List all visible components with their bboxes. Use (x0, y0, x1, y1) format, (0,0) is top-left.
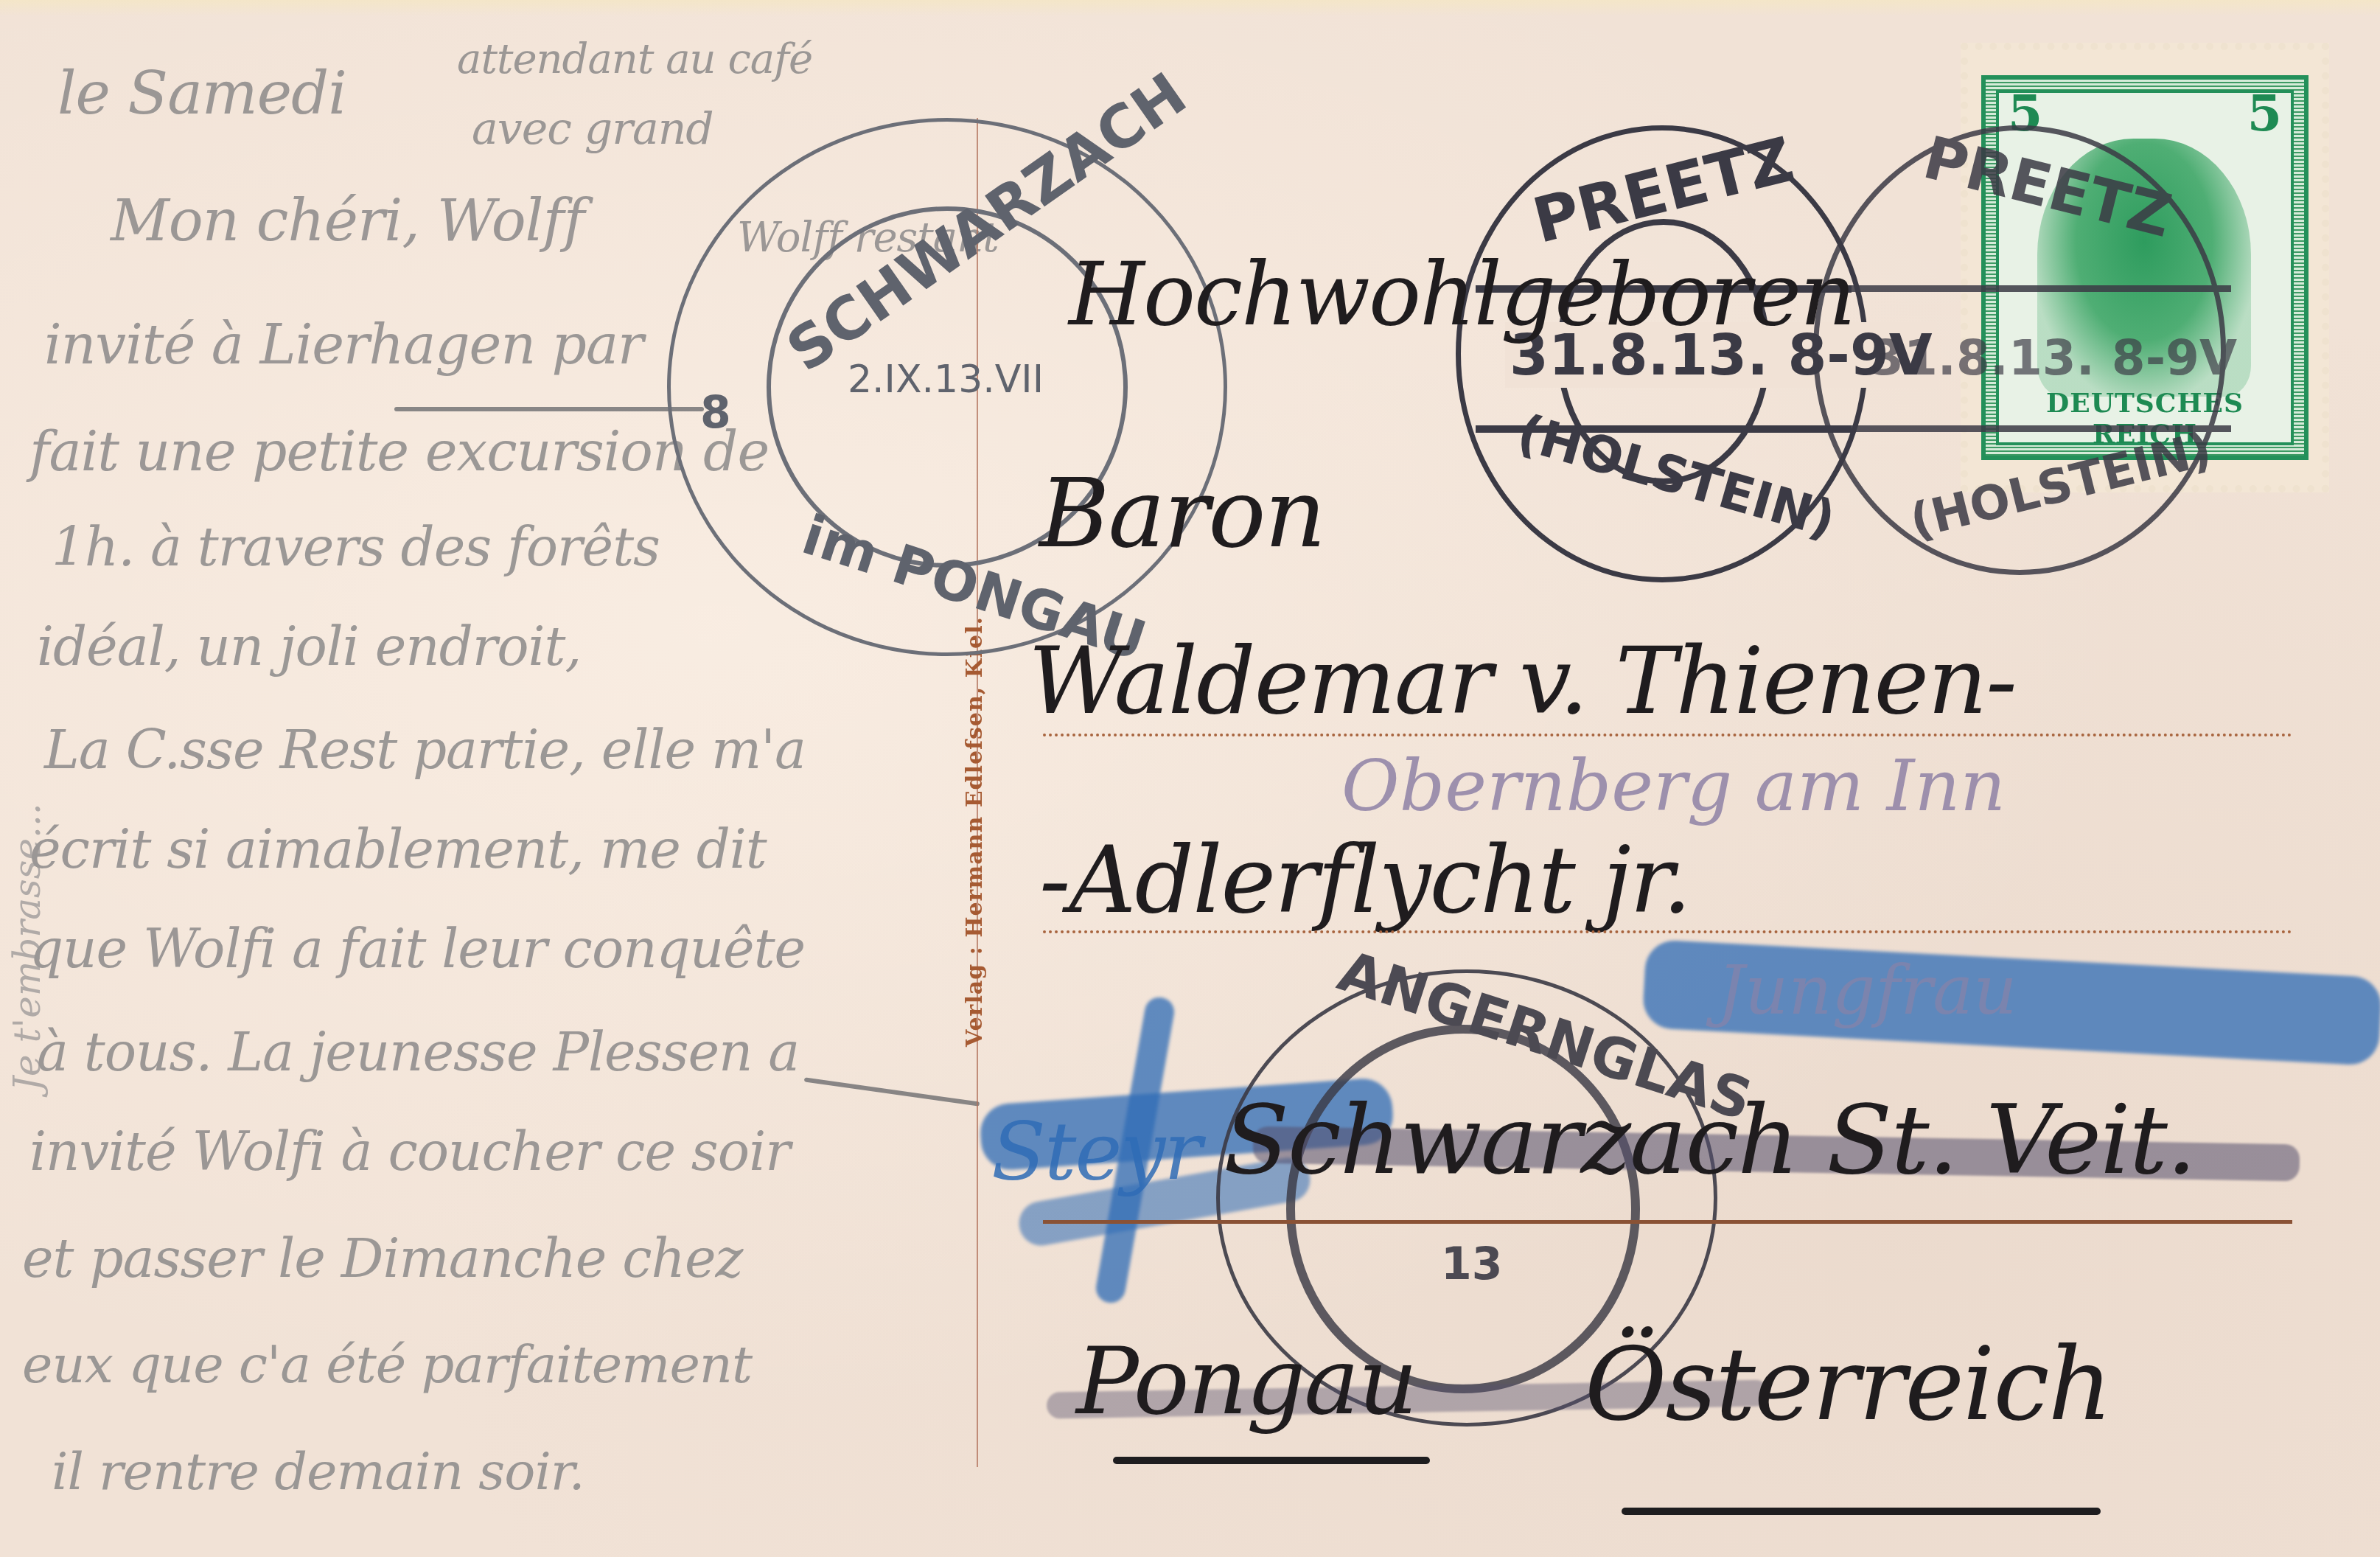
message-line: eux que c'a été parfaitement (22, 1334, 752, 1395)
message-line: Mon chéri, Wolff (111, 188, 584, 254)
message-line: idéal, un joli endroit, (37, 616, 581, 678)
address-title: Baron (1039, 457, 1325, 569)
postmark-preetz-on-stamp: PREETZ (HOLSTEIN) 31.8.13. 8-9V (1813, 125, 2226, 575)
message-line: invité Wolfi à coucher ce soir (29, 1121, 790, 1182)
address-district: Pongau (1076, 1327, 1417, 1435)
address-name-continued: -Adlerflycht jr. (1039, 826, 1690, 934)
postmark-date: 31.8.13. 8-9V (1870, 330, 2237, 386)
message-line: invité à Lierhagen par (44, 313, 643, 377)
message-insert: attendant au café (457, 35, 812, 83)
country-underline (1622, 1508, 2101, 1515)
district-underline (1113, 1457, 1430, 1464)
postcard: le Samedi attendant au café avec grand M… (0, 0, 2380, 1557)
message-line: 1h. à travers des forêts (52, 516, 660, 578)
address-line-3 (1043, 1220, 2292, 1224)
address-salutation: Hochwohlgeboren (1069, 243, 1854, 345)
message-line: le Samedi (57, 59, 346, 128)
pencil-stroke (804, 1077, 980, 1106)
struck-address-blue: Steyr (991, 1106, 1201, 1198)
message-line: écrit si aimablement, me dit (29, 818, 767, 880)
address-country: Österreich (1585, 1327, 2111, 1443)
forwarding-note-2: Jungfrau (1717, 951, 2017, 1030)
pencil-underline (394, 407, 704, 411)
postmark-schwarzach: SCHWARZACH im PONGAU 8 2.IX.13.VII (667, 118, 1227, 656)
stamp-value-right: 5 (2247, 84, 2282, 143)
postmark-preetz: PREETZ (HOLSTEIN) 31.8.13. 8-9V (1456, 125, 1868, 582)
forwarding-note: Obernberg am Inn (1341, 745, 2006, 827)
postmark-date: 2.IX.13.VII (848, 358, 1044, 402)
message-line: fait une petite excursion de (29, 420, 769, 484)
margin-note: Je t'embrasse... (6, 803, 49, 1091)
message-line: et passer le Dimanche chez (22, 1227, 743, 1289)
address-line-2 (1043, 930, 2292, 933)
message-line: à tous. La jeunesse Plessen a (37, 1021, 799, 1083)
message-line: La C.sse Rest partie, elle m'a (44, 719, 806, 781)
postmark-bottom-text: (HOLSTEIN) (1905, 422, 2217, 550)
message-line: que Wolfi a fait leur conquête (29, 918, 805, 980)
publisher-imprint: Verlag : Hermann Edlefsen, Kiel. (962, 616, 988, 1047)
message-line: il rentre demain soir. (52, 1441, 584, 1502)
card-top-edge (0, 0, 2380, 16)
address-name: Waldemar v. Thienen- (1028, 627, 2016, 735)
postmark-side-number: 8 (700, 387, 731, 439)
address-city: Schwarzach St. Veit. (1224, 1084, 2195, 1196)
postmark-date: 13 (1441, 1239, 1503, 1290)
address-line-1 (1043, 734, 2292, 736)
message-insert: avec grand (472, 103, 713, 155)
